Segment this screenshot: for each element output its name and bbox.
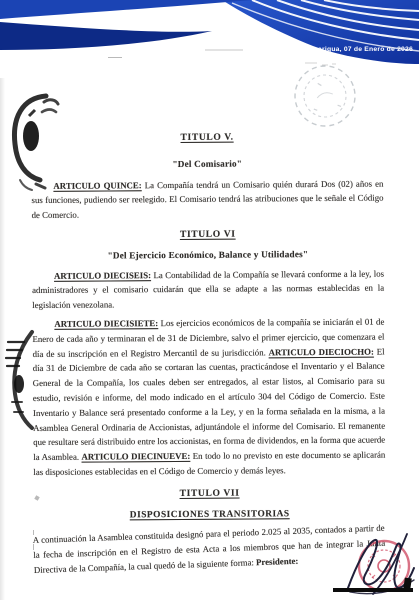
bottom-scan-bar: [333, 588, 413, 592]
page-edge-shading: [0, 78, 5, 600]
titulo-vi-text: TITULO VI: [180, 229, 236, 240]
presidente-label: Presidente:: [256, 556, 299, 567]
title-titulo-vi: TITULO VI: [32, 227, 384, 244]
subtitle-disposiciones-transitorias: DISPOSICIONES TRANSITORIAS: [34, 506, 386, 523]
stray-mark: [33, 530, 34, 535]
titulo-v-text: TITULO V.: [181, 132, 234, 143]
faint-round-seal-icon: [287, 58, 363, 134]
title-titulo-vii: TITULO VII: [34, 485, 386, 502]
subtitle-del-comisario: "Del Comisario": [31, 155, 383, 172]
titulo-vii-text: TITULO VII: [180, 487, 240, 498]
stray-mark: [33, 544, 34, 550]
articulo-18-text: El día 31 de Diciembre de cada año se co…: [33, 346, 386, 462]
paragraph-articulo-15: ARTICULO QUINCE: La Compañía tendrá un C…: [31, 176, 383, 223]
paragraph-articulos-17-18-19: ARTICULO DIECISIETE: Los ejercicios econ…: [32, 315, 385, 480]
title-titulo-v: TITULO V.: [31, 130, 383, 147]
subtitle-ejercicio-economico: "Del Ejercicio Económico, Balance y Util…: [32, 246, 384, 263]
transitoria-text: A continuación la Asamblea constituida d…: [33, 523, 386, 575]
date-label: Acarigua, 07 de Enero de 2026: [309, 46, 413, 53]
stray-mark: [108, 57, 122, 58]
tilted-final-block: A continuación la Asamblea constituida d…: [33, 521, 386, 578]
paragraph-transitoria: A continuación la Asamblea constituida d…: [33, 521, 386, 578]
articulo-18-label: ARTICULO DIECIOCHO:: [269, 346, 374, 357]
articulo-15-label: ARTICULO QUINCE:: [53, 180, 141, 191]
scanned-legal-document-page: Acarigua, 07 de Enero de 2026: [0, 0, 419, 600]
articulo-16-label: ARTICULO DIECISEIS:: [54, 270, 151, 281]
paragraph-articulo-16: ARTICULO DIECISEIS: La Contabilidad de l…: [32, 266, 384, 313]
document-body: TITULO V. "Del Comisario" ARTICULO QUINC…: [31, 126, 386, 578]
articulo-17-label: ARTICULO DIECISIETE:: [54, 318, 158, 329]
articulo-19-label: ARTICULO DIECINUEVE:: [81, 451, 190, 462]
